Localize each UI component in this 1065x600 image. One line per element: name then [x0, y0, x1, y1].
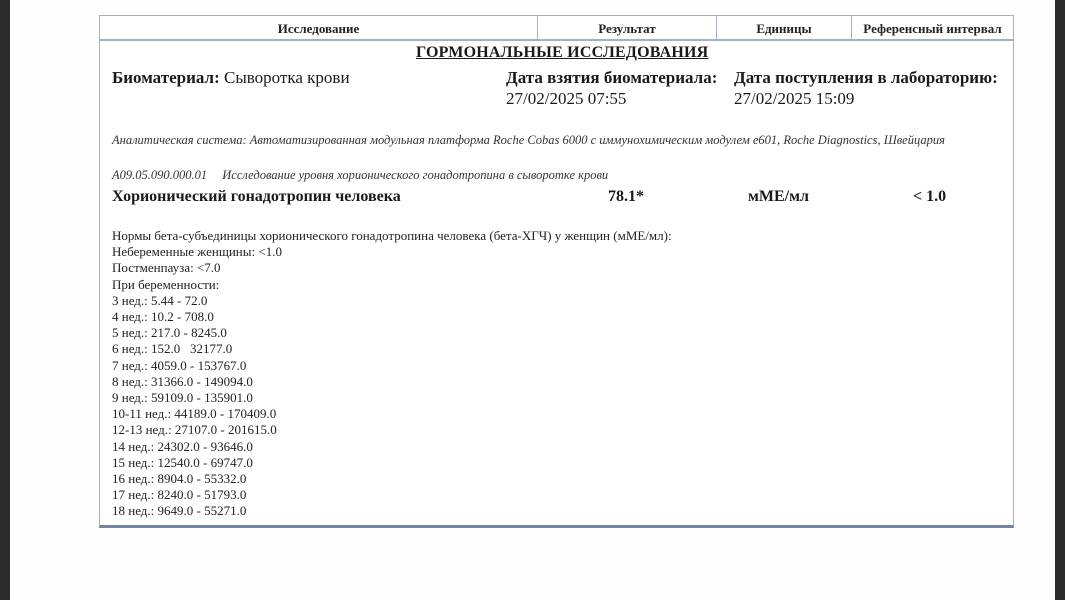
norms-week: 7 нед.: 4059.0 - 153767.0 — [112, 358, 672, 374]
biomaterial: Биоматериал: Сыворотка крови — [112, 68, 350, 88]
biomaterial-label: Биоматериал: — [112, 68, 220, 87]
sample-date-label: Дата взятия биоматериала: — [506, 68, 717, 88]
norms-week: 17 нед.: 8240.0 - 51793.0 — [112, 487, 672, 503]
norms-postmenopause: Постменпауза: <7.0 — [112, 260, 672, 276]
sample-date-value: 27/02/2025 07:55 — [506, 89, 626, 109]
norms-pregnancy-label: При беременности: — [112, 277, 672, 293]
norms-non-pregnant: Небеременные женщины: <1.0 — [112, 244, 672, 260]
header-study: Исследование — [100, 16, 538, 39]
result-name: Хорионический гонадотропин человека — [112, 188, 401, 206]
viewer-edge-right — [1055, 0, 1065, 600]
norms-week: 8 нед.: 31366.0 - 149094.0 — [112, 374, 672, 390]
header-result: Результат — [538, 16, 717, 39]
norms-week: 3 нед.: 5.44 - 72.0 — [112, 293, 672, 309]
result-reference: < 1.0 — [913, 188, 946, 206]
norms-week: 5 нед.: 217.0 - 8245.0 — [112, 325, 672, 341]
norms-week: 16 нед.: 8904.0 - 55332.0 — [112, 471, 672, 487]
header-units: Единицы — [717, 16, 852, 39]
study-code: A09.05.090.000.01 — [112, 168, 207, 182]
norms-week: 15 нед.: 12540.0 - 69747.0 — [112, 455, 672, 471]
table-header: Исследование Результат Единицы Референсн… — [100, 16, 1013, 41]
result-value: 78.1* — [608, 188, 644, 206]
norms-week: 18 нед.: 9649.0 - 55271.0 — [112, 503, 672, 519]
study-description: Исследование уровня хорионического гонад… — [222, 168, 608, 182]
norms-week: 6 нед.: 152.0 32177.0 — [112, 341, 672, 357]
received-date-value: 27/02/2025 15:09 — [734, 89, 854, 109]
biomaterial-value: Сыворотка крови — [224, 68, 350, 87]
analytic-system: Аналитическая система: Автоматизированна… — [112, 132, 1002, 149]
result-row: Хорионический гонадотропин человека 78.1… — [100, 188, 1013, 210]
result-units: мМЕ/мл — [748, 188, 809, 206]
section-title: ГОРМОНАЛЬНЫЕ ИССЛЕДОВАНИЯ — [416, 44, 708, 62]
received-date-label: Дата поступления в лабораторию: — [734, 68, 998, 88]
header-reference: Референсный интервал — [852, 16, 1013, 39]
norms-week: 9 нед.: 59109.0 - 135901.0 — [112, 390, 672, 406]
norms-title: Нормы бета-субъединицы хорионического го… — [112, 228, 672, 244]
lab-report-table: Исследование Результат Единицы Референсн… — [99, 15, 1014, 528]
viewer-edge-left — [0, 0, 10, 600]
norms-week: 14 нед.: 24302.0 - 93646.0 — [112, 439, 672, 455]
study-code-line: A09.05.090.000.01 Исследование уровня хо… — [112, 168, 608, 183]
norms-week: 10-11 нед.: 44189.0 - 170409.0 — [112, 406, 672, 422]
reference-norms: Нормы бета-субъединицы хорионического го… — [112, 228, 672, 520]
norms-week: 12-13 нед.: 27107.0 - 201615.0 — [112, 422, 672, 438]
norms-week: 4 нед.: 10.2 - 708.0 — [112, 309, 672, 325]
